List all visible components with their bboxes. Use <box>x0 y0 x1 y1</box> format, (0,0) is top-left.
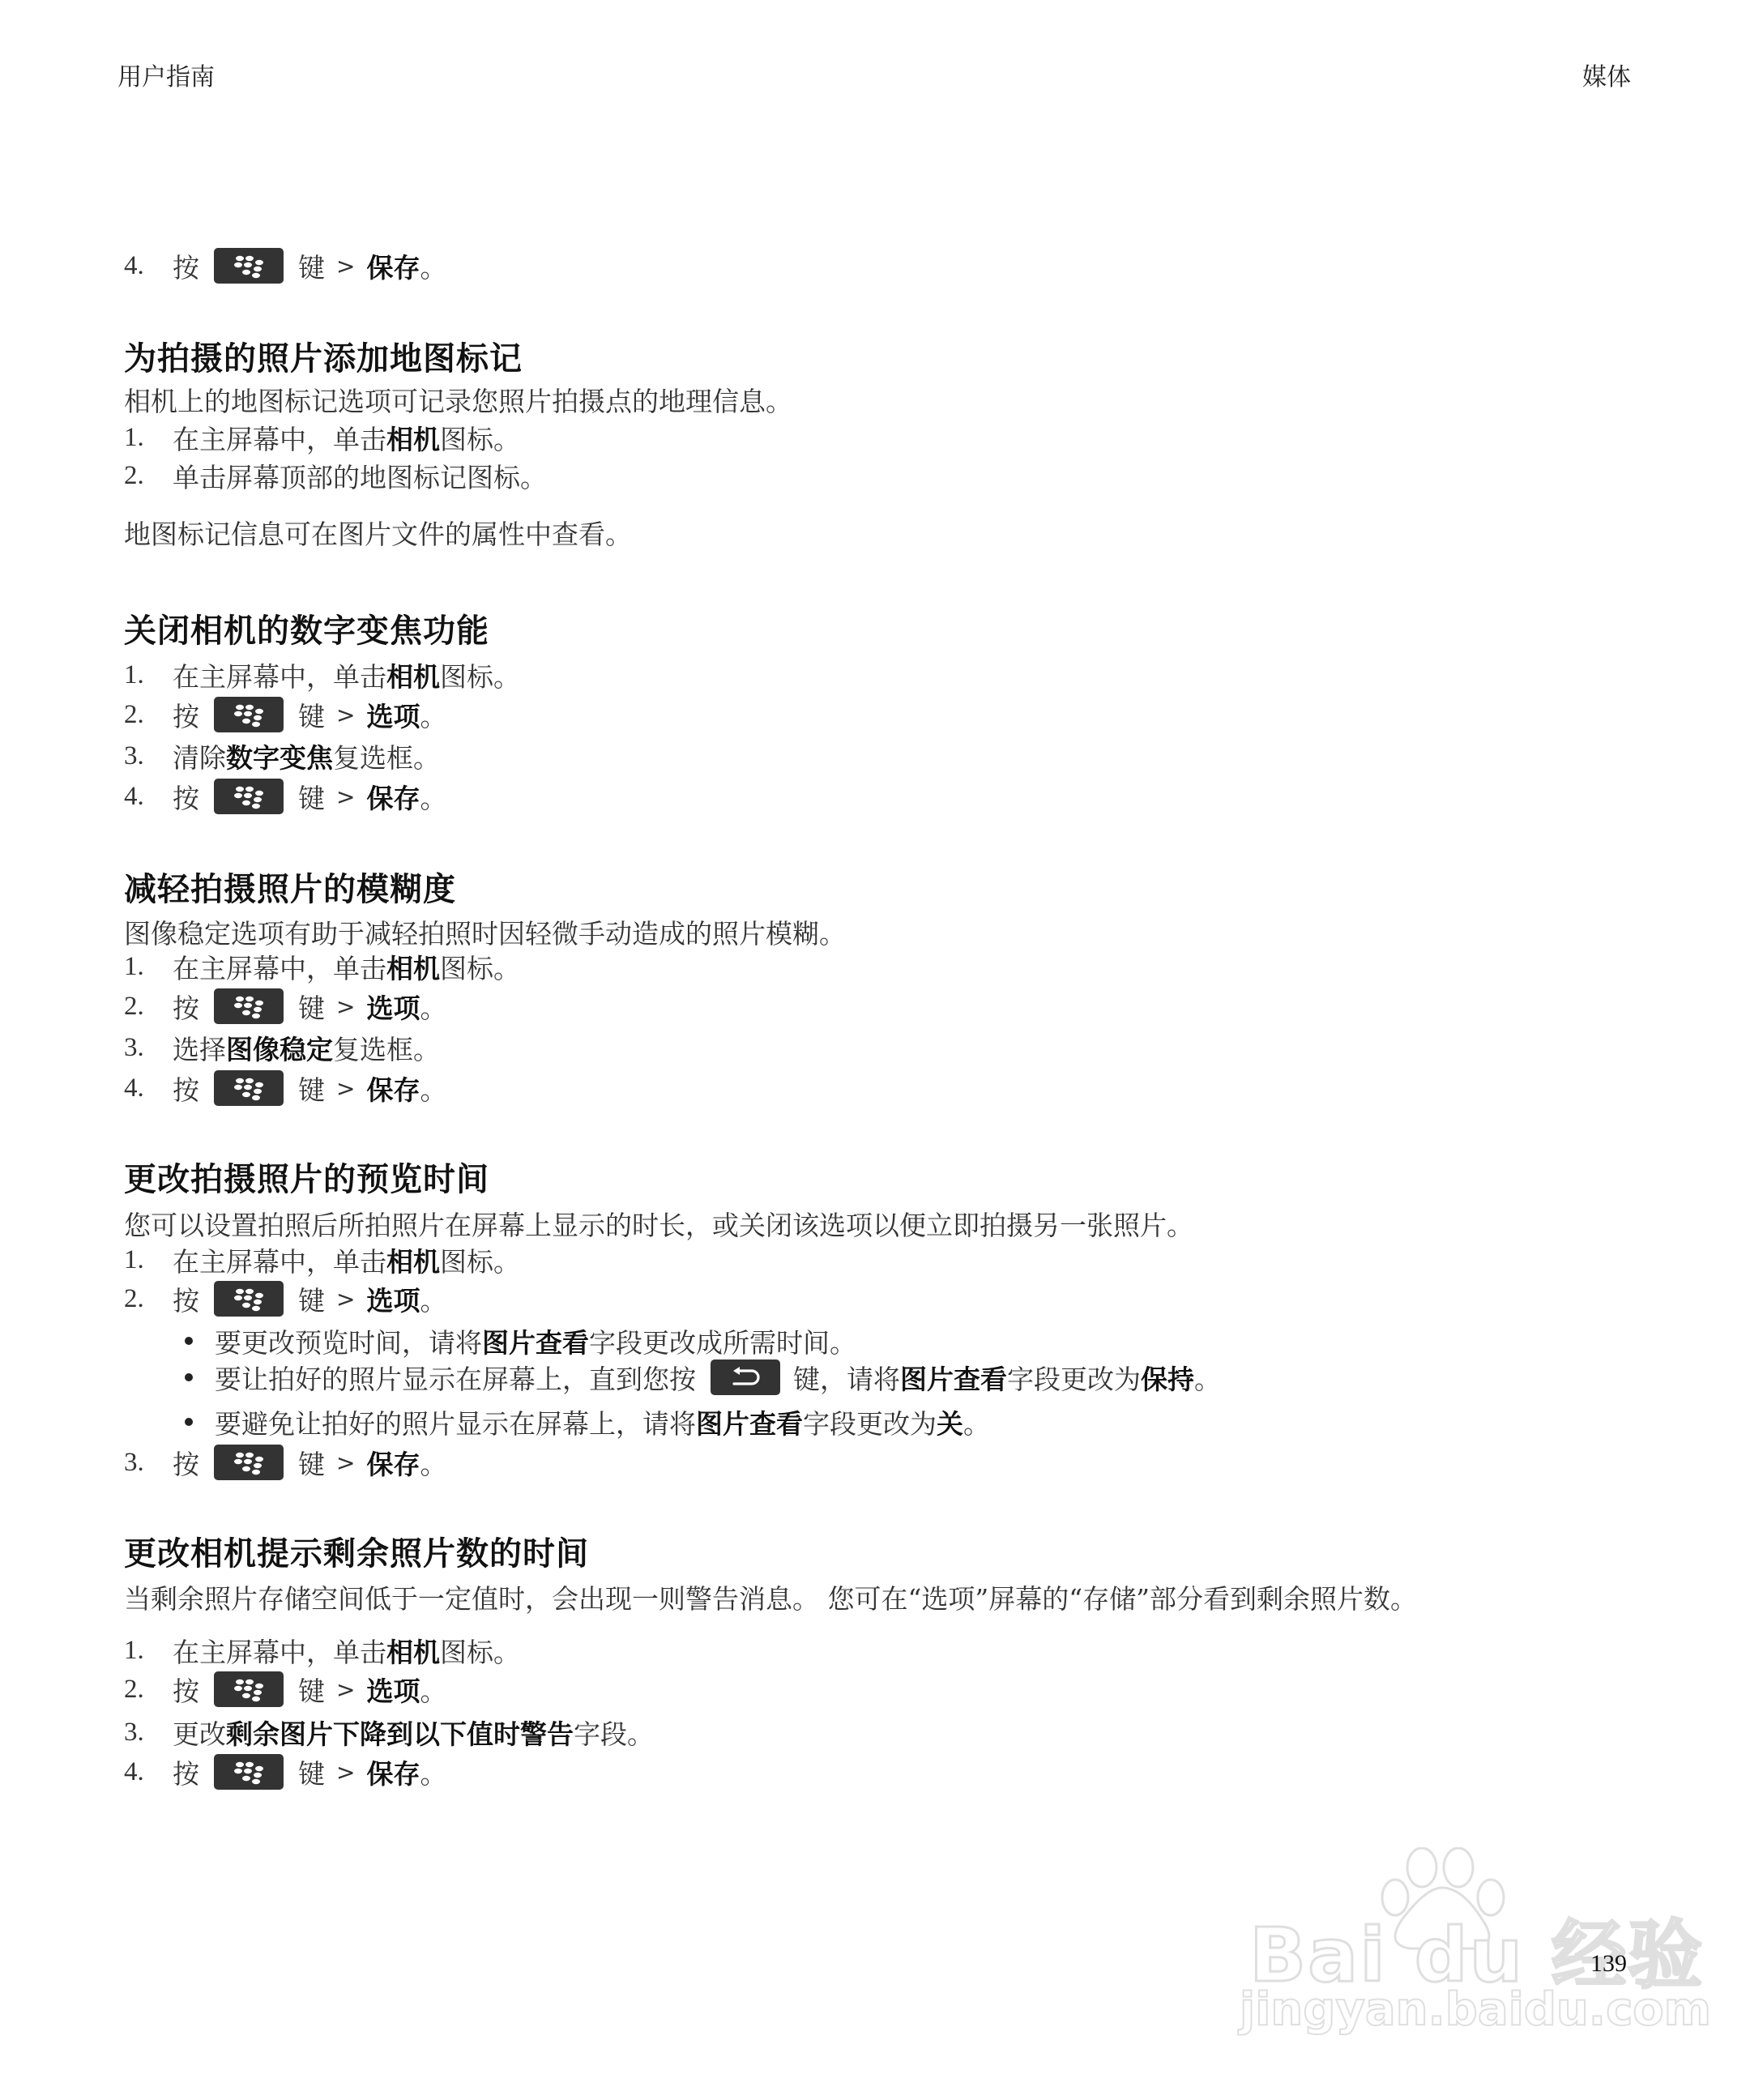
step-number: 3. <box>124 1033 173 1063</box>
ui-term: 相机 <box>386 419 440 457</box>
section-title-preview-time: 更改拍摄照片的预览时间 <box>124 1154 489 1200</box>
step-item: 3. 按键>保存。 <box>124 1443 446 1482</box>
step-text: 图标。 <box>440 419 520 457</box>
escape-key-icon <box>711 1359 780 1395</box>
bullet-text: 键，请将 <box>793 1359 900 1397</box>
bullet-text: 要让拍好的照片显示在屏幕上，直到您按 <box>215 1359 696 1397</box>
chevron-right-icon: > <box>336 702 355 728</box>
step-text: 按 <box>173 1753 199 1791</box>
blackberry-menu-key-icon <box>214 1070 284 1106</box>
step-text: 键 <box>298 988 325 1026</box>
step-number: 3. <box>124 741 173 771</box>
step-number: 3. <box>124 1448 173 1478</box>
step-text: 按 <box>173 1671 199 1709</box>
step-item: 2. 按键>选项。 <box>124 695 446 734</box>
step-number: 4. <box>124 251 173 281</box>
step-number: 4. <box>124 782 173 812</box>
punctuation: 。 <box>420 696 446 734</box>
blackberry-menu-key-icon <box>214 1445 284 1480</box>
menu-item-save: 保存 <box>366 1753 420 1791</box>
step-text: 清除 <box>173 737 226 775</box>
bullet-item: 要避免让拍好的照片显示在屏幕上，请将图片查看字段更改为关。 <box>185 1402 990 1441</box>
step-text: 按 <box>173 1069 199 1108</box>
step-text: 复选框。 <box>333 737 440 775</box>
menu-item-save: 保存 <box>366 247 420 285</box>
ui-term: 相机 <box>386 1241 440 1279</box>
step-item: 3. 更改剩余图片下降到以下值时警告字段。 <box>124 1713 654 1752</box>
chevron-right-icon: > <box>336 1449 355 1476</box>
step-text: 按 <box>173 1444 199 1482</box>
ui-term: 相机 <box>386 948 440 986</box>
step-number: 1. <box>124 1636 173 1666</box>
running-header-left: 用户指南 <box>117 57 215 92</box>
blackberry-menu-key-icon <box>214 697 284 732</box>
page-number: 139 <box>1590 1950 1627 1978</box>
bullet-icon <box>185 1337 193 1345</box>
section-title-remaining-pictures: 更改相机提示剩余照片数的时间 <box>124 1528 589 1574</box>
punctuation: 。 <box>420 1444 446 1482</box>
step-number: 2. <box>124 1284 173 1314</box>
section-note: 地图标记信息可在图片文件的属性中查看。 <box>124 514 632 552</box>
punctuation: 。 <box>420 1280 446 1318</box>
bullet-text: 要更改预览时间，请将 <box>215 1322 482 1360</box>
step-text: 按 <box>173 988 199 1026</box>
section-description: 您可以设置拍照后所拍照片在屏幕上显示的时长，或关闭该选项以便立即拍摄另一张照片。 <box>124 1205 1193 1243</box>
running-header-right: 媒体 <box>1582 57 1631 92</box>
blackberry-menu-key-icon <box>214 248 284 284</box>
menu-item-save: 保存 <box>366 1444 420 1482</box>
ui-term: 关 <box>937 1403 963 1441</box>
bullet-text: 。 <box>1194 1359 1221 1397</box>
bullet-icon <box>185 1418 193 1426</box>
step-text: 键 <box>298 1069 325 1108</box>
ui-term: 相机 <box>386 656 440 694</box>
step-item: 4. 按键>保存。 <box>124 777 446 816</box>
step-text: 按 <box>173 778 199 816</box>
ui-term: 图像稳定 <box>226 1029 333 1067</box>
blackberry-menu-key-icon <box>214 988 284 1024</box>
step-item: 4. 按 键 > 保存。 <box>124 246 446 285</box>
bullet-text: 字段更改为 <box>803 1403 937 1441</box>
step-number: 1. <box>124 952 173 982</box>
bullet-text: 字段更改为 <box>1007 1359 1141 1397</box>
step-text: 在主屏幕中，单击 <box>173 656 386 694</box>
step-item: 1. 在主屏幕中，单击相机图标。 <box>124 418 520 457</box>
chevron-right-icon: > <box>336 1286 355 1312</box>
step-text: 在主屏幕中，单击 <box>173 1632 386 1670</box>
step-item: 2. 单击屏幕顶部的地图标记图标。 <box>124 456 547 495</box>
punctuation: 。 <box>420 247 446 285</box>
step-number: 1. <box>124 1245 173 1275</box>
menu-item-options: 选项 <box>366 1280 420 1318</box>
step-text: 单击屏幕顶部的地图标记图标。 <box>173 457 547 495</box>
step-text: 键 <box>298 696 325 734</box>
blackberry-menu-key-icon <box>214 779 284 814</box>
ui-term: 相机 <box>386 1632 440 1670</box>
step-text: 按 <box>173 696 199 734</box>
step-text: 图标。 <box>440 1632 520 1670</box>
step-text: 键 <box>298 1671 325 1709</box>
step-item: 1. 在主屏幕中，单击相机图标。 <box>124 655 520 694</box>
step-number: 2. <box>124 1675 173 1705</box>
ui-term: 图片查看 <box>900 1359 1007 1397</box>
step-number: 3. <box>124 1718 173 1748</box>
chevron-right-icon: > <box>336 253 355 280</box>
step-number: 2. <box>124 700 173 730</box>
watermark-url: jingyan.baidu.com <box>1240 1983 1711 2036</box>
ui-term: 保持 <box>1141 1359 1194 1397</box>
blackberry-menu-key-icon <box>214 1671 284 1707</box>
ui-term: 图片查看 <box>696 1403 803 1441</box>
step-number: 4. <box>124 1073 173 1103</box>
section-description: 当剩余照片存储空间低于一定值时，会出现一则警告消息。 您可在“选项”屏幕的“存储… <box>124 1578 1417 1616</box>
step-text: 按 <box>173 1280 199 1318</box>
step-text: 选择 <box>173 1029 226 1067</box>
step-item: 4. 按键>保存。 <box>124 1752 446 1791</box>
step-text: 图标。 <box>440 656 520 694</box>
step-item: 1. 在主屏幕中，单击相机图标。 <box>124 1631 520 1670</box>
step-text: 键 <box>298 1444 325 1482</box>
menu-item-save: 保存 <box>366 778 420 816</box>
step-text: 键 <box>298 1753 325 1791</box>
baidu-jingyan-watermark: Bai du 经验 jingyan.baidu.com <box>1240 1847 1661 2050</box>
menu-item-save: 保存 <box>366 1069 420 1108</box>
menu-item-options: 选项 <box>366 696 420 734</box>
punctuation: 。 <box>420 1753 446 1791</box>
chevron-right-icon: > <box>336 1676 355 1703</box>
step-item: 3. 清除数字变焦复选框。 <box>124 736 440 775</box>
section-description: 图像稳定选项有助于减轻拍照时因轻微手动造成的照片模糊。 <box>124 913 846 951</box>
step-text: 键 <box>298 778 325 816</box>
step-number: 1. <box>124 423 173 453</box>
blackberry-menu-key-icon <box>214 1754 284 1790</box>
step-item: 1. 在主屏幕中，单击相机图标。 <box>124 947 520 986</box>
step-number: 2. <box>124 461 173 491</box>
bullet-item: 要让拍好的照片显示在屏幕上，直到您按 键，请将图片查看字段更改为保持。 <box>185 1358 1221 1397</box>
punctuation: 。 <box>420 1069 446 1108</box>
section-title-image-stabilization: 减轻拍摄照片的模糊度 <box>124 864 456 910</box>
chevron-right-icon: > <box>336 783 355 810</box>
punctuation: 。 <box>420 778 446 816</box>
bullet-text: 字段更改成所需时间。 <box>589 1322 856 1360</box>
menu-item-options: 选项 <box>366 1671 420 1709</box>
punctuation: 。 <box>420 1671 446 1709</box>
step-item: 2. 按键>选项。 <box>124 1279 446 1318</box>
ui-term: 剩余图片下降到以下值时警告 <box>226 1714 574 1752</box>
step-text: 键 <box>298 1280 325 1318</box>
step-text: 更改 <box>173 1714 226 1752</box>
step-text: 按 <box>173 247 199 285</box>
section-title-geotag: 为拍摄的照片添加地图标记 <box>124 333 523 379</box>
step-number: 4. <box>124 1757 173 1787</box>
step-text: 键 <box>298 247 325 285</box>
bullet-text: 。 <box>963 1403 990 1441</box>
step-text: 复选框。 <box>333 1029 440 1067</box>
ui-term: 图片查看 <box>482 1322 589 1360</box>
step-item: 4. 按键>保存。 <box>124 1069 446 1108</box>
punctuation: 。 <box>420 988 446 1026</box>
step-text: 字段。 <box>574 1714 654 1752</box>
step-text: 在主屏幕中，单击 <box>173 419 386 457</box>
step-item: 2. 按键>选项。 <box>124 987 446 1026</box>
chevron-right-icon: > <box>336 1075 355 1102</box>
bullet-item: 要更改预览时间，请将图片查看字段更改成所需时间。 <box>185 1321 856 1360</box>
step-text: 在主屏幕中，单击 <box>173 1241 386 1279</box>
ui-term: 数字变焦 <box>226 737 333 775</box>
step-text: 图标。 <box>440 948 520 986</box>
step-item: 1. 在主屏幕中，单击相机图标。 <box>124 1240 520 1279</box>
step-text: 图标。 <box>440 1241 520 1279</box>
bullet-icon <box>185 1373 193 1381</box>
step-text: 在主屏幕中，单击 <box>173 948 386 986</box>
bullet-text: 要避免让拍好的照片显示在屏幕上，请将 <box>215 1403 696 1441</box>
section-description: 相机上的地图标记选项可记录您照片拍摄点的地理信息。 <box>124 381 792 419</box>
section-title-digital-zoom: 关闭相机的数字变焦功能 <box>124 605 489 651</box>
step-item: 3. 选择图像稳定复选框。 <box>124 1028 440 1067</box>
chevron-right-icon: > <box>336 1759 355 1786</box>
blackberry-menu-key-icon <box>214 1281 284 1317</box>
chevron-right-icon: > <box>336 993 355 1020</box>
step-item: 2. 按键>选项。 <box>124 1670 446 1709</box>
step-number: 2. <box>124 992 173 1022</box>
menu-item-options: 选项 <box>366 988 420 1026</box>
step-number: 1. <box>124 660 173 690</box>
